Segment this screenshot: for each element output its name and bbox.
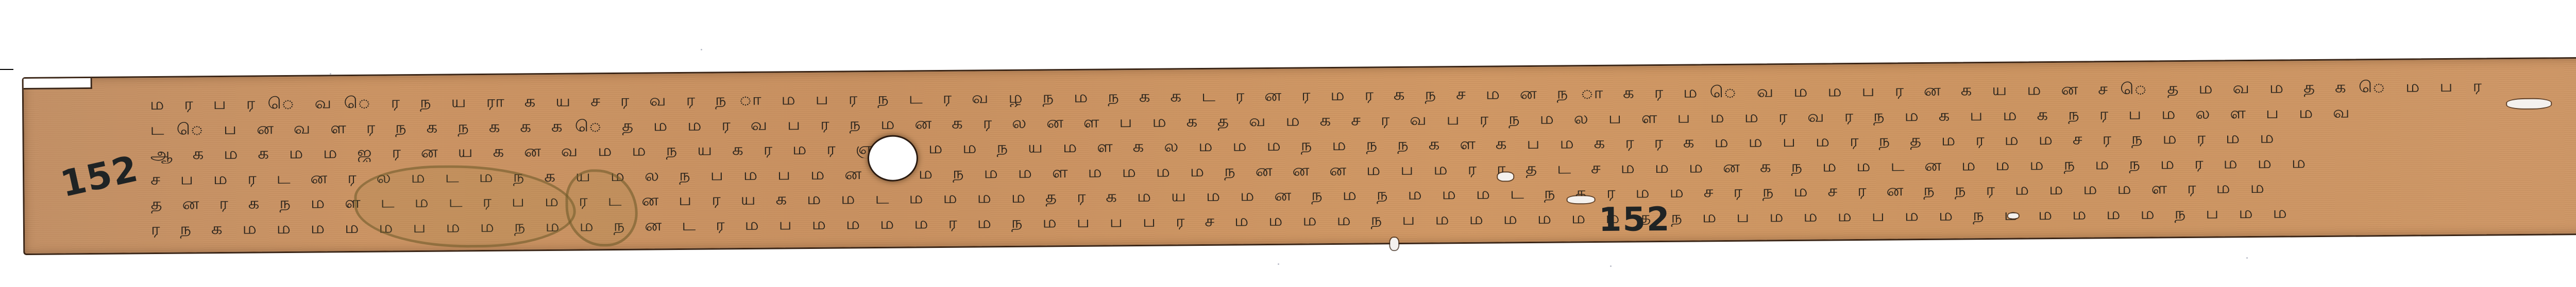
scan-speck xyxy=(2246,257,2248,259)
scan-edge-rule xyxy=(0,69,13,70)
scan-speck xyxy=(701,49,702,50)
leaf-tear xyxy=(2008,213,2019,219)
leaf-tear xyxy=(1568,196,1595,203)
scan-speck xyxy=(1610,265,1612,267)
leaf-tear xyxy=(1390,238,1398,250)
leaf-tear xyxy=(2507,99,2551,109)
leaf-tear xyxy=(1498,172,1513,181)
palm-leaf-manuscript: 152 ம ர ப ர ெ வ ெ ர ந ய ரா க ய ச ர வ ர ந… xyxy=(22,55,2576,255)
leaf-number-bottom: 152 xyxy=(1599,201,1671,239)
string-hole xyxy=(869,136,917,180)
leaf-number-left: 152 xyxy=(57,147,142,205)
leaf-notch xyxy=(24,78,92,89)
scan-speck xyxy=(1278,263,1279,265)
